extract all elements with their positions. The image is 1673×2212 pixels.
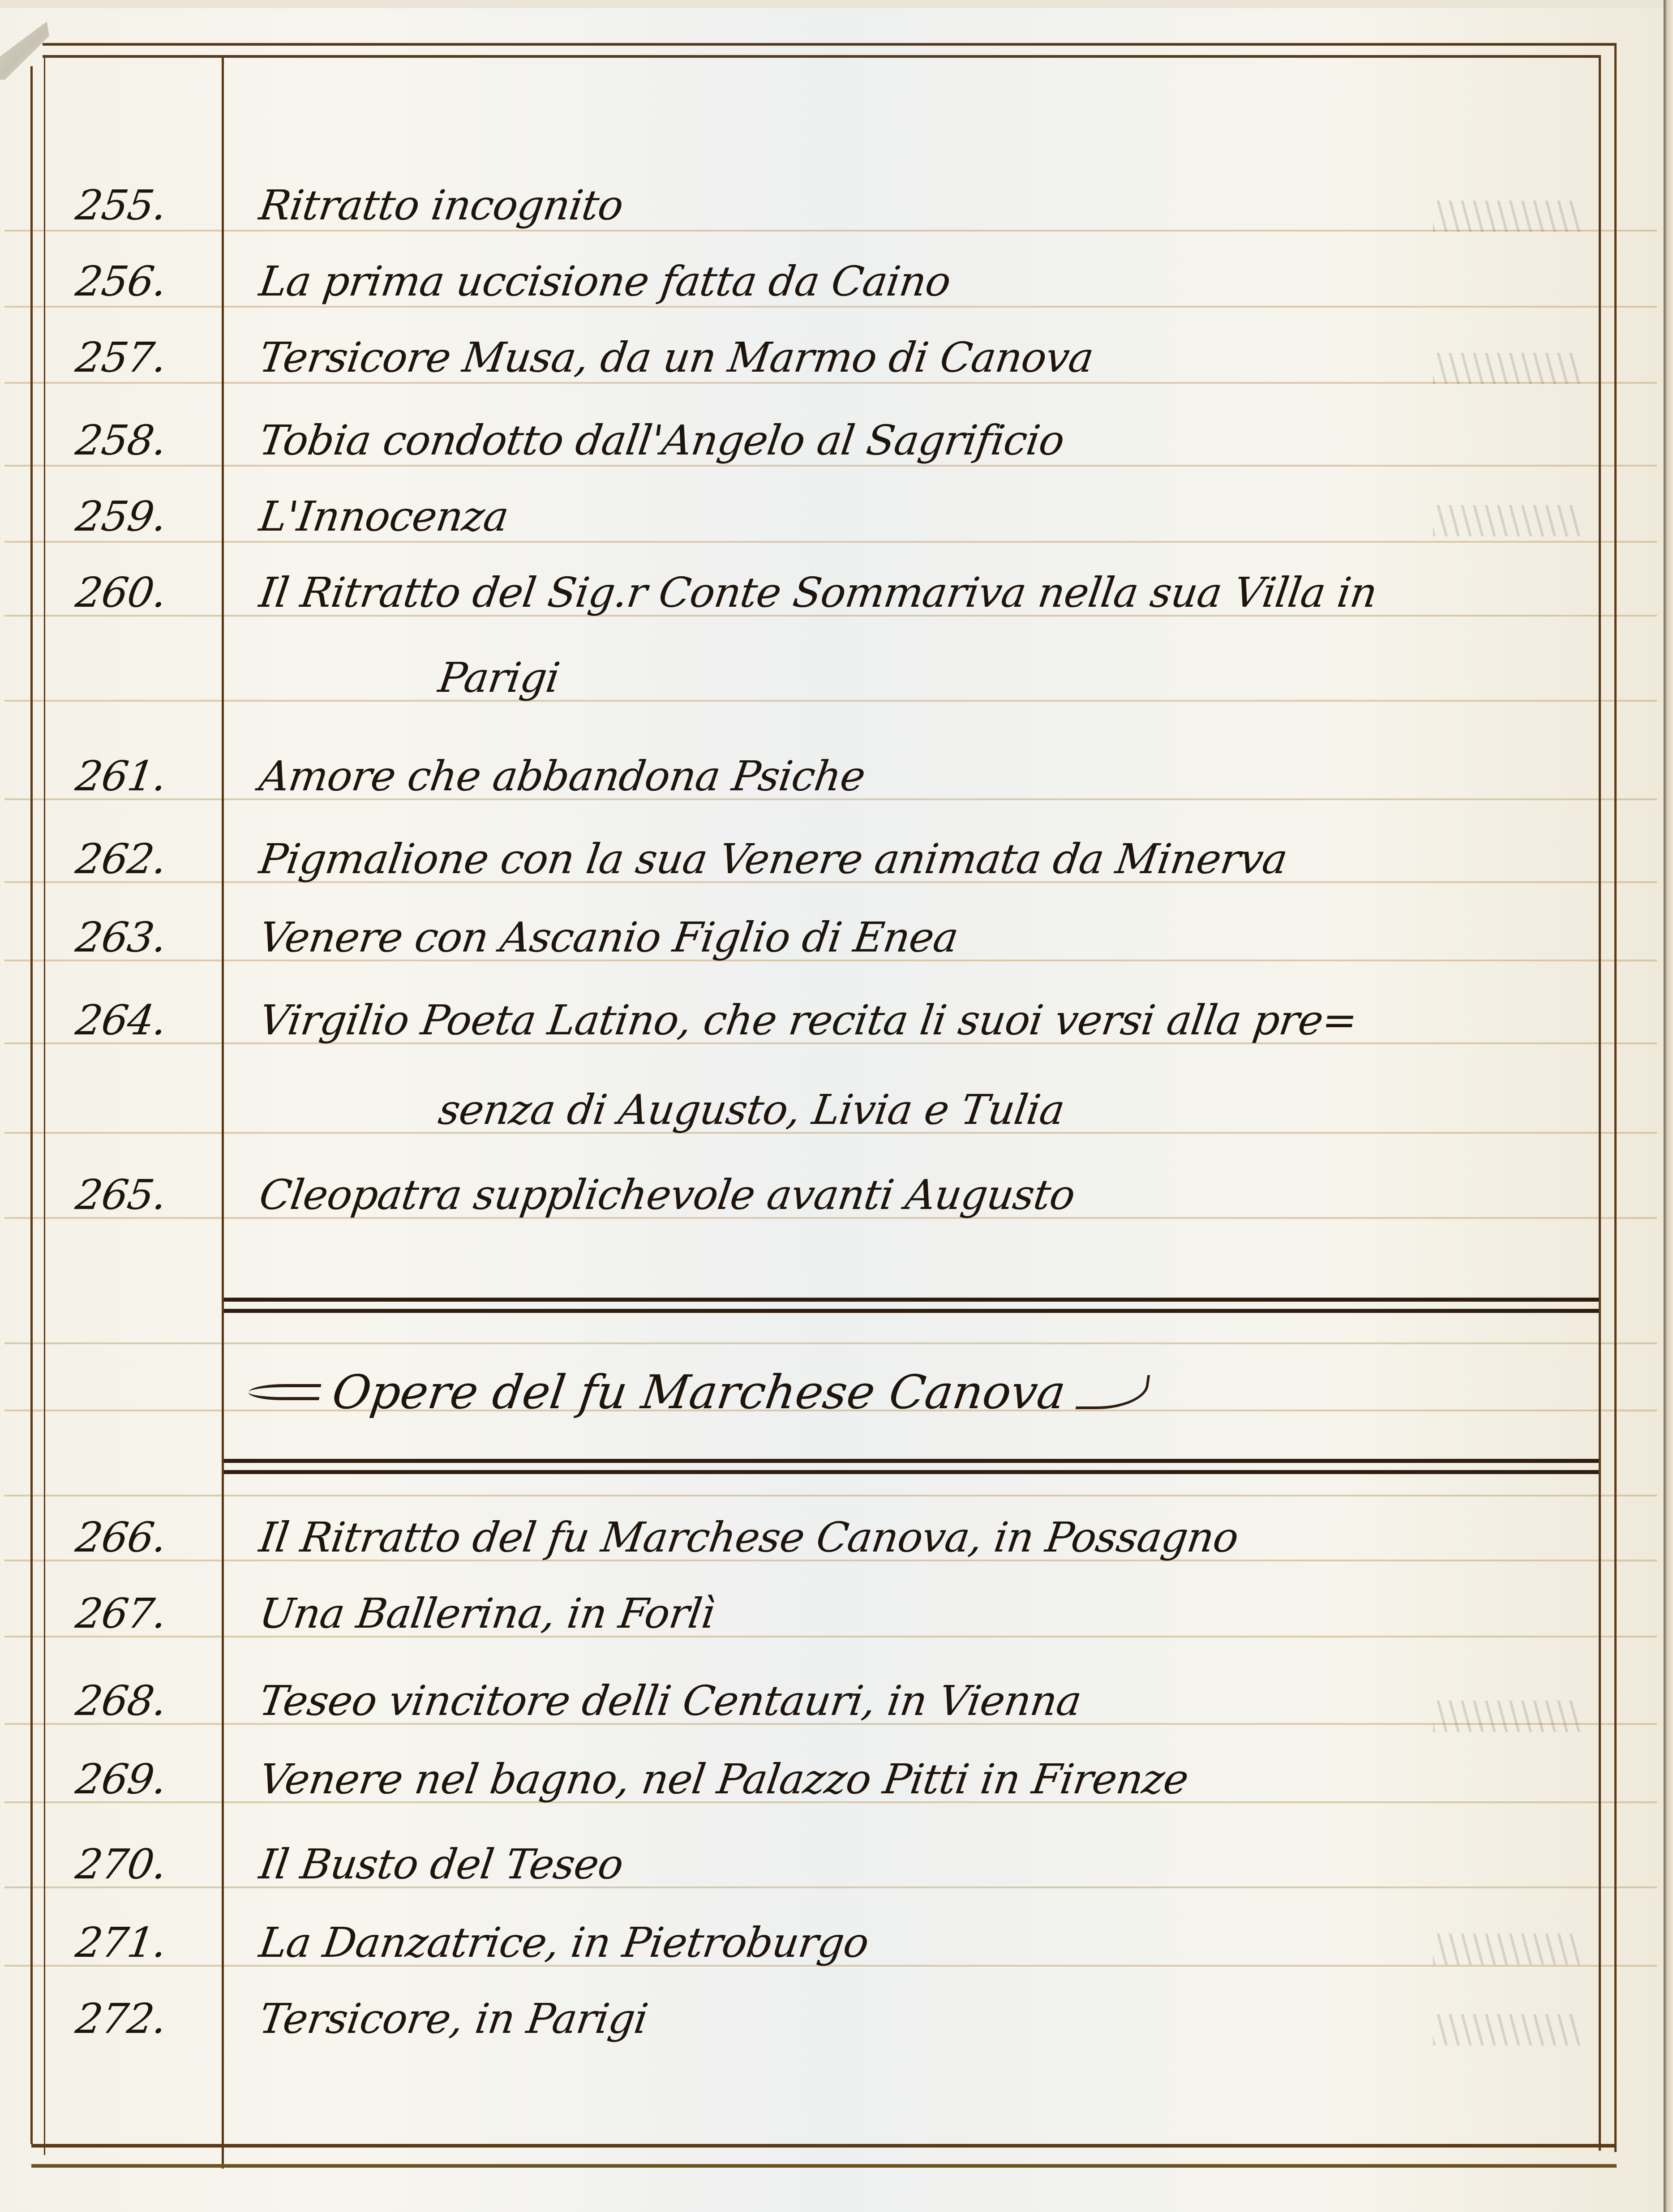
entry-number: 271. (73, 1922, 214, 1963)
entry-title-continuation: senza di Augusto, Livia e Tulia (436, 1089, 1067, 1131)
bleed-through-marks (1433, 505, 1581, 536)
ruled-line (4, 382, 1657, 384)
entry-number: 266. (73, 1517, 214, 1558)
number-column-divider (222, 55, 224, 2169)
entry-number: 269. (73, 1759, 214, 1800)
entry-number: 258. (73, 420, 214, 461)
section-divider-upper (224, 1309, 1599, 1313)
frame-bottom-lower (31, 2164, 1617, 2168)
ruled-line (4, 700, 1657, 702)
frame-bottom-upper (31, 2144, 1617, 2148)
frame-top-inner (43, 55, 1601, 58)
entry-title: Cleopatra supplichevole avanti Augusto (257, 1175, 1077, 1216)
adjacent-page-edge (1664, 0, 1673, 2212)
entry-number: 259. (73, 496, 214, 537)
ruled-line (4, 230, 1657, 231)
section-divider-lower (224, 1459, 1599, 1463)
section-divider-lower (224, 1470, 1599, 1474)
entry-title: Tersicore, in Parigi (257, 1998, 650, 2040)
frame-right-inner (1599, 55, 1601, 2151)
entry-number: 267. (73, 1593, 214, 1634)
entry-title: Ritratto incognito (257, 185, 626, 226)
section-header-text: Opere del fu Marchese Canova (329, 1365, 1069, 1419)
bleed-through-marks (1433, 1933, 1581, 1965)
entry-title: Il Busto del Teseo (257, 1844, 626, 1885)
section-header: Opere del fu Marchese Canova (245, 1365, 1151, 1419)
entry-title: Venere con Ascanio Figlio di Enea (257, 917, 961, 958)
bleed-through-marks (1433, 1701, 1581, 1732)
entry-number: 260. (73, 572, 214, 613)
entry-title: Amore che abbandona Psiche (257, 756, 868, 797)
entry-number: 257. (73, 337, 214, 378)
entry-number: 272. (73, 1998, 214, 2040)
entry-title-continuation: Parigi (436, 657, 562, 699)
entry-title: Virgilio Poeta Latino, che recita li suo… (257, 1000, 1360, 1041)
entry-title: La Danzatrice, in Pietroburgo (257, 1922, 871, 1963)
entry-title: Tobia condotto dall'Angelo al Sagrificio (257, 420, 1067, 461)
ruled-line (4, 306, 1657, 308)
entry-title: Il Ritratto del fu Marchese Canova, in P… (257, 1517, 1241, 1558)
folded-corner (0, 21, 49, 80)
frame-left-outer (30, 66, 33, 2144)
entry-number: 256. (73, 261, 214, 302)
entry-number: 262. (73, 839, 214, 880)
bleed-through-marks (1433, 353, 1581, 384)
entry-number: 265. (73, 1175, 214, 1216)
bleed-through-marks (1433, 201, 1581, 232)
entry-title: Una Ballerina, in Forlì (257, 1593, 717, 1634)
frame-right-outer (1614, 43, 1617, 2152)
entry-title: Pigmalione con la sua Venere animata da … (257, 839, 1290, 880)
ruled-line (4, 541, 1657, 543)
ruled-line (4, 465, 1657, 467)
entry-title: La prima uccisione fatta da Caino (257, 261, 953, 302)
manuscript-page: 255. Ritratto incognito 256. La prima uc… (0, 8, 1665, 2212)
frame-left-inner (44, 55, 45, 2155)
ruled-line (4, 1886, 1657, 1888)
entry-number: 263. (73, 917, 214, 958)
entry-title: Tersicore Musa, da un Marmo di Canova (257, 337, 1096, 378)
ruled-line (4, 1495, 1657, 1496)
frame-top-outer (43, 43, 1617, 46)
entry-title: Venere nel bagno, nel Palazzo Pitti in F… (257, 1759, 1191, 1800)
bleed-through-marks (1433, 2014, 1581, 2045)
ruled-line (4, 1342, 1657, 1344)
header-swash-left (247, 1384, 321, 1400)
entry-number: 264. (73, 1000, 214, 1041)
section-divider-upper (224, 1298, 1599, 1302)
entry-title: Il Ritratto del Sig.r Conte Sommariva ne… (257, 572, 1380, 613)
entry-number: 261. (73, 756, 214, 797)
entry-number: 255. (73, 185, 214, 226)
entry-number: 268. (73, 1680, 214, 1722)
header-swash-right (1075, 1375, 1150, 1409)
entry-title: L'Innocenza (257, 496, 511, 537)
entry-number: 270. (73, 1844, 214, 1885)
entry-title: Teseo vincitore delli Centauri, in Vienn… (257, 1680, 1084, 1722)
ruled-line (4, 1636, 1657, 1638)
